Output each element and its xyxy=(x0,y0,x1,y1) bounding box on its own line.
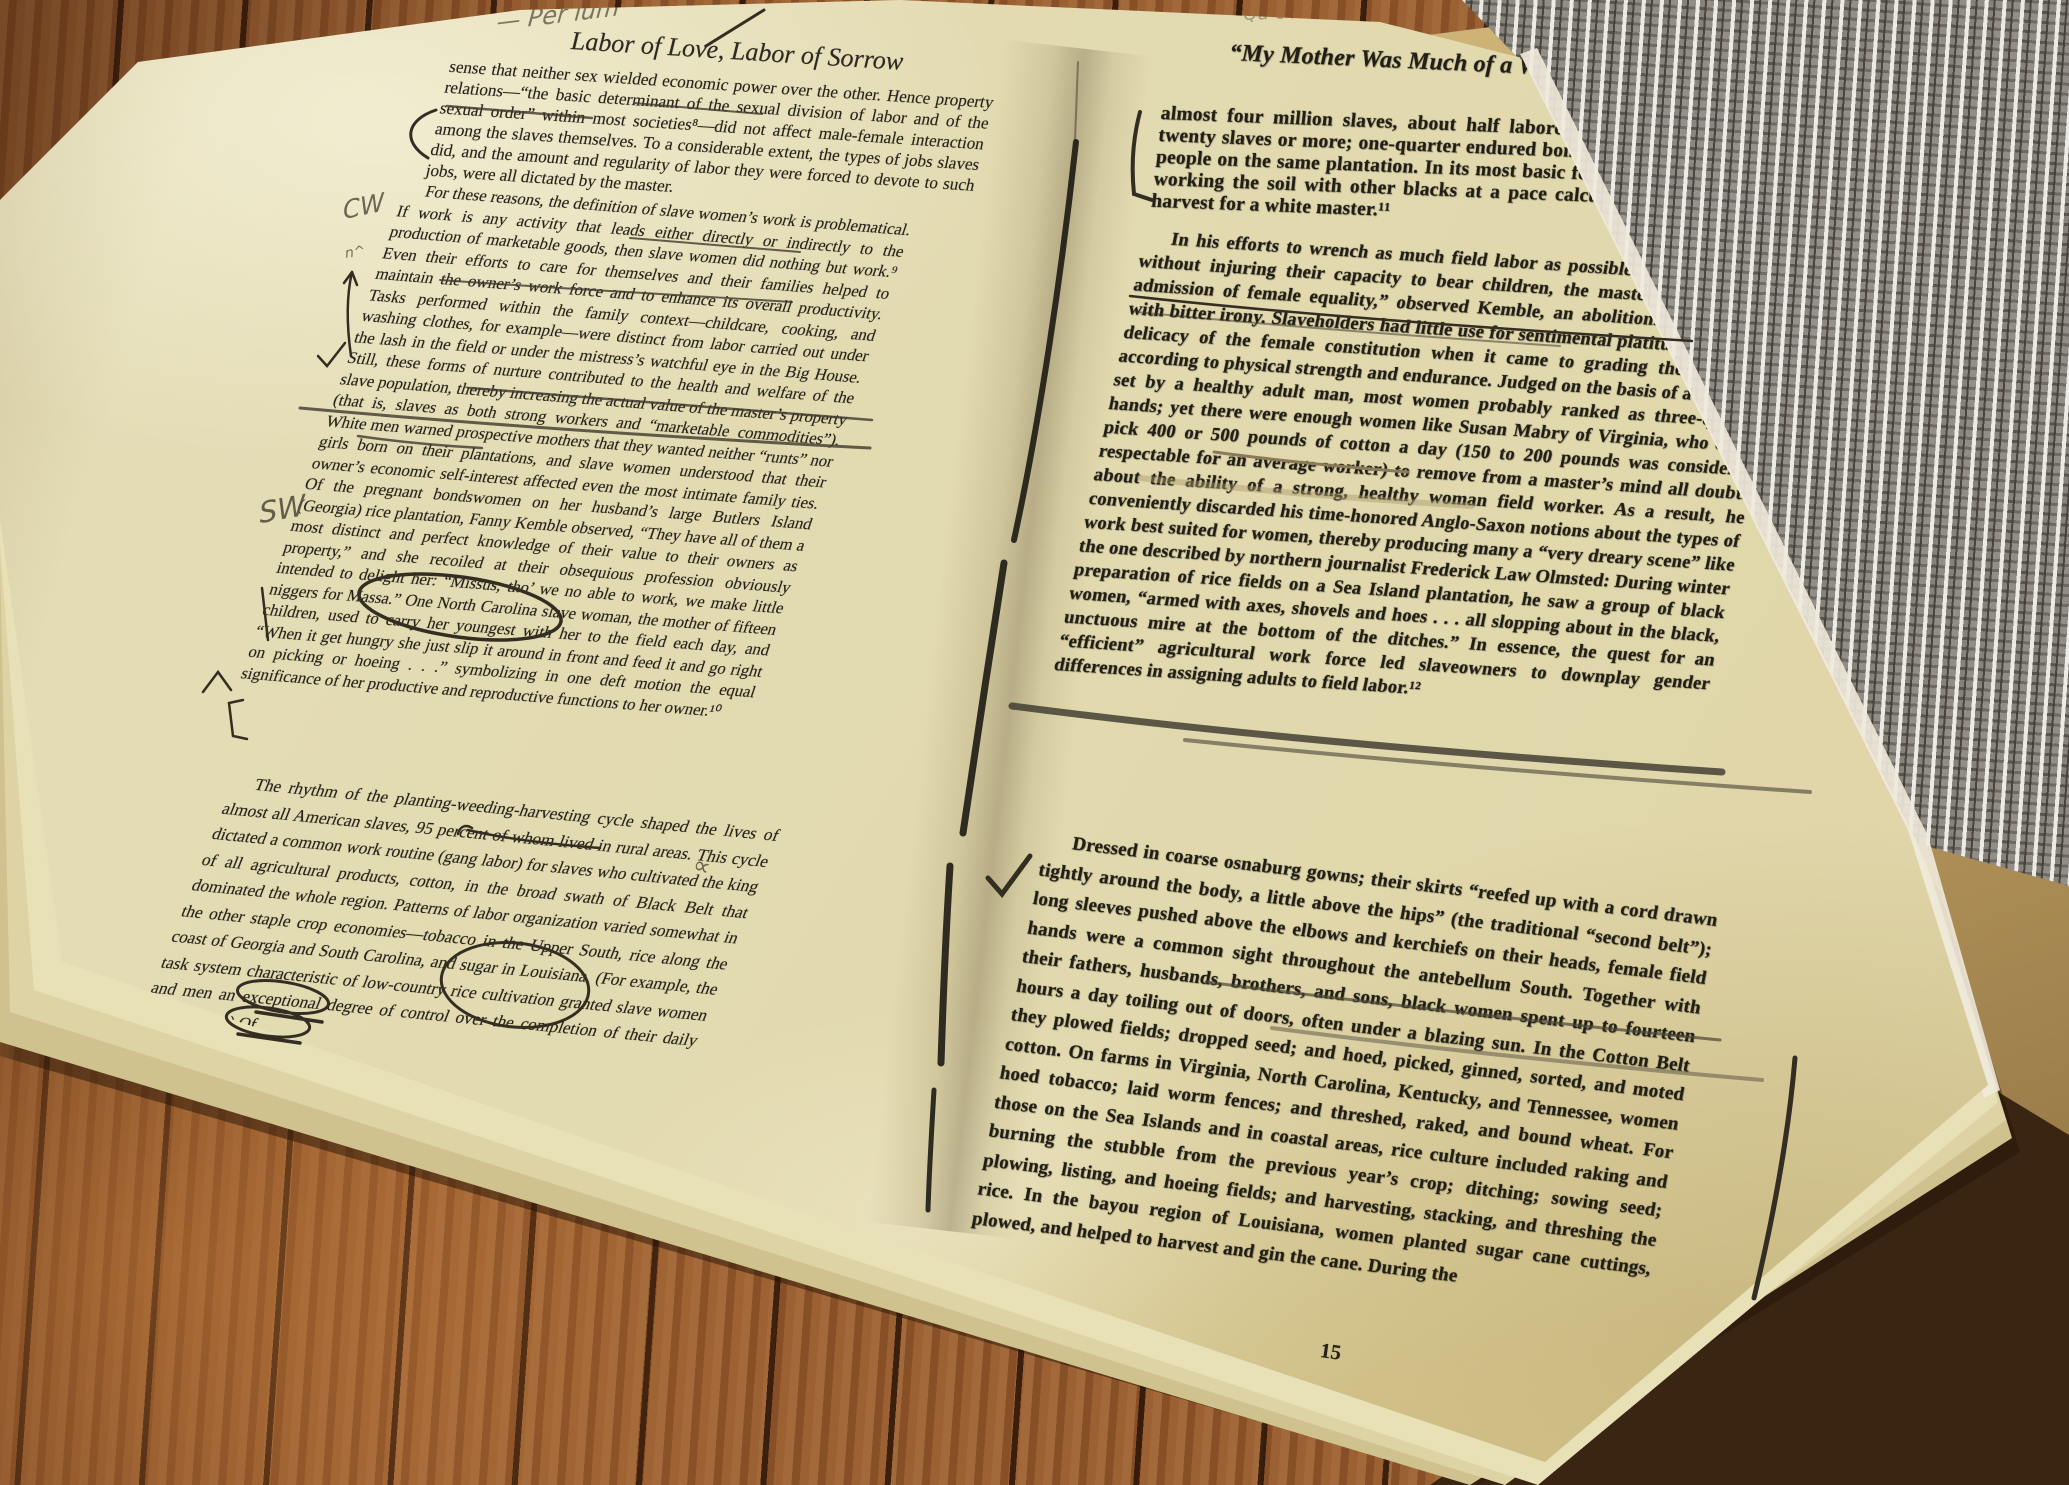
right-page-number: 15 xyxy=(1319,1338,1343,1366)
right-page-paragraph-3: Dressed in coarse osnaburg gowns; their … xyxy=(969,826,1720,1313)
photo-of-open-book-on-wood-floor: Labor of Love, Labor of Sorrow sense tha… xyxy=(0,0,2069,1485)
margin-note-small: n^ xyxy=(344,243,367,262)
left-page-paragraph-2: For these reasons, the definition of sla… xyxy=(238,179,914,724)
margin-note-cw: CW xyxy=(342,187,385,225)
